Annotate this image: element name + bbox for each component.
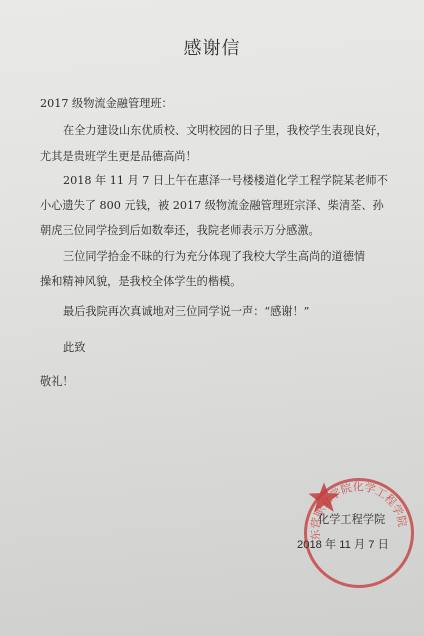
closing-jing-li: 敬礼！ [40,373,74,389]
letter-title: 感谢信 [0,34,424,60]
paragraph-2-line-3: 朝虎三位同学捡到后如数奉还，我院老师表示万分感激。 [40,222,320,238]
paragraph-3-line-2: 操和精神风貌，是我校全体学生的楷模。 [40,273,241,289]
paragraph-2-line-1: 2018 年 11 月 7 日上午在惠泽一号楼楼道化学工程学院某老师不 [63,172,388,188]
paragraph-3-line-1: 三位同学拾金不昧的行为充分体现了我校大学生高尚的道德情 [63,248,365,264]
paragraph-1-line-1: 在全力建设山东优质校、文明校园的日子里，我校学生表现良好， [63,122,387,138]
letter-page: 感谢信 2017 级物流金融管理班： 在全力建设山东优质校、文明校园的日子里，我… [0,0,424,636]
signature-date: 2018 年 11 月 7 日 [297,536,389,552]
star-icon [307,481,341,515]
signature-organization: 化学工程学院 [318,511,385,527]
paragraph-4: 最后我院再次真诚地对三位同学说一声：“感谢！” [63,303,309,319]
salutation: 2017 级物流金融管理班： [40,95,173,111]
official-seal-stamp: 东营职业学院化学工程学院 [304,478,414,588]
paragraph-2-line-2: 小心遗失了 800 元钱，被 2017 级物流金融管理班宗泽、柴清荃、孙 [40,197,384,213]
paragraph-1-line-2: 尤其是贵班学生更是品德高尚！ [40,148,197,164]
closing-ci-zhi: 此致 [63,339,85,355]
